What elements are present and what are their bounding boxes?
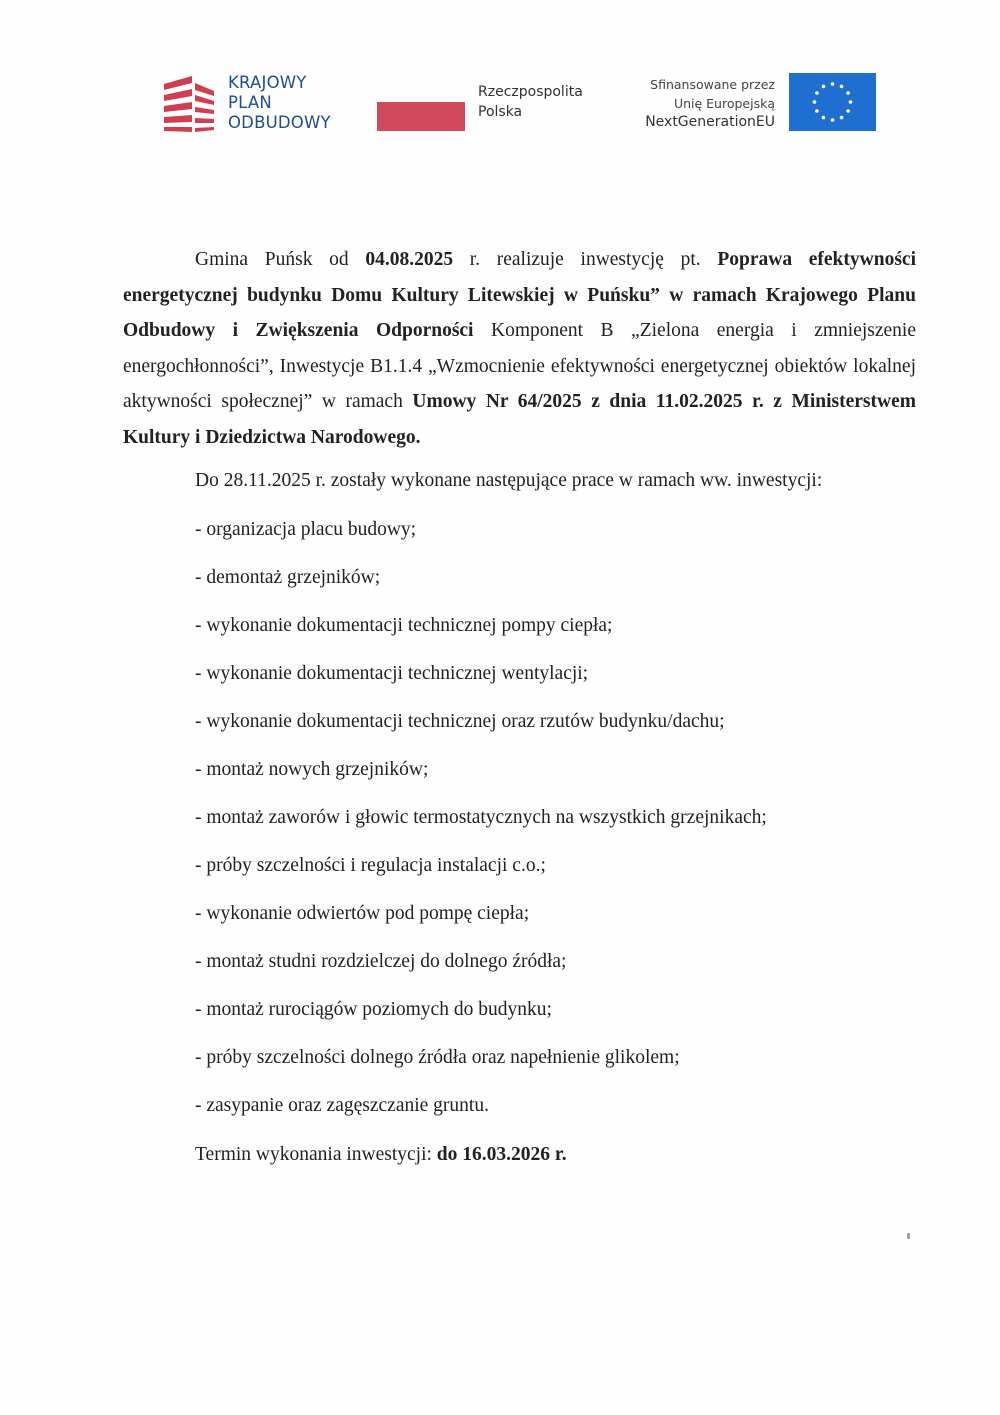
status-line: Do 28.11.2025 r. zostały wykonane następ… bbox=[195, 469, 822, 493]
intro-text-1: Gmina Puńsk od bbox=[195, 249, 365, 270]
list-item: - próby szczelności i regulacja instalac… bbox=[195, 854, 546, 878]
list-item: - wykonanie dokumentacji technicznej wen… bbox=[195, 662, 588, 686]
kpo-line-3: ODBUDOWY bbox=[228, 113, 331, 133]
eu-funding-text: Sfinansowane przez Unię Europejską NextG… bbox=[645, 75, 775, 132]
list-item: - demontaż grzejników; bbox=[195, 566, 380, 590]
intro-text-2: r. realizuje inwestycję pt. bbox=[453, 249, 717, 270]
kpo-line-1: KRAJOWY bbox=[228, 73, 331, 93]
list-item: - próby szczelności dolnego źródła oraz … bbox=[195, 1046, 680, 1070]
document-page: KRAJOWY PLAN ODBUDOWY Rzeczpospolita Pol… bbox=[0, 0, 1000, 1415]
kpo-line-2: PLAN bbox=[228, 93, 331, 113]
deadline-label: Termin wykonania inwestycji: bbox=[195, 1144, 437, 1165]
rp-line-1: Rzeczpospolita bbox=[478, 82, 583, 102]
kpo-building-icon bbox=[162, 74, 216, 132]
list-item: - montaż rurociągów poziomych do budynku… bbox=[195, 998, 552, 1022]
list-item: - wykonanie odwiertów pod pompę ciepła; bbox=[195, 902, 529, 926]
list-item: - wykonanie dokumentacji technicznej ora… bbox=[195, 710, 725, 734]
eu-line-2: Unię Europejską bbox=[645, 94, 775, 113]
scan-artifact bbox=[907, 1233, 910, 1239]
eu-line-3: NextGenerationEU bbox=[645, 113, 775, 132]
rp-logo-text: Rzeczpospolita Polska bbox=[478, 82, 583, 122]
list-item: - wykonanie dokumentacji technicznej pom… bbox=[195, 614, 612, 638]
deadline-value: do 16.03.2026 r. bbox=[437, 1144, 567, 1165]
intro-paragraph: Gmina Puńsk od 04.08.2025 r. realizuje i… bbox=[123, 242, 916, 455]
list-item: - zasypanie oraz zagęszczanie gruntu. bbox=[195, 1094, 489, 1118]
polish-flag-icon bbox=[377, 102, 465, 131]
list-item: - montaż nowych grzejników; bbox=[195, 758, 428, 782]
deadline-line: Termin wykonania inwestycji: do 16.03.20… bbox=[195, 1143, 567, 1167]
eu-line-1: Sfinansowane przez bbox=[645, 75, 775, 94]
rp-line-2: Polska bbox=[478, 102, 583, 122]
list-item: - montaż zaworów i głowic termostatyczny… bbox=[195, 806, 767, 830]
list-item: - montaż studni rozdzielczej do dolnego … bbox=[195, 950, 566, 974]
list-item: - organizacja placu budowy; bbox=[195, 518, 416, 542]
kpo-logo-text: KRAJOWY PLAN ODBUDOWY bbox=[228, 73, 331, 133]
eu-flag-icon bbox=[789, 73, 876, 131]
start-date: 04.08.2025 bbox=[365, 249, 453, 270]
